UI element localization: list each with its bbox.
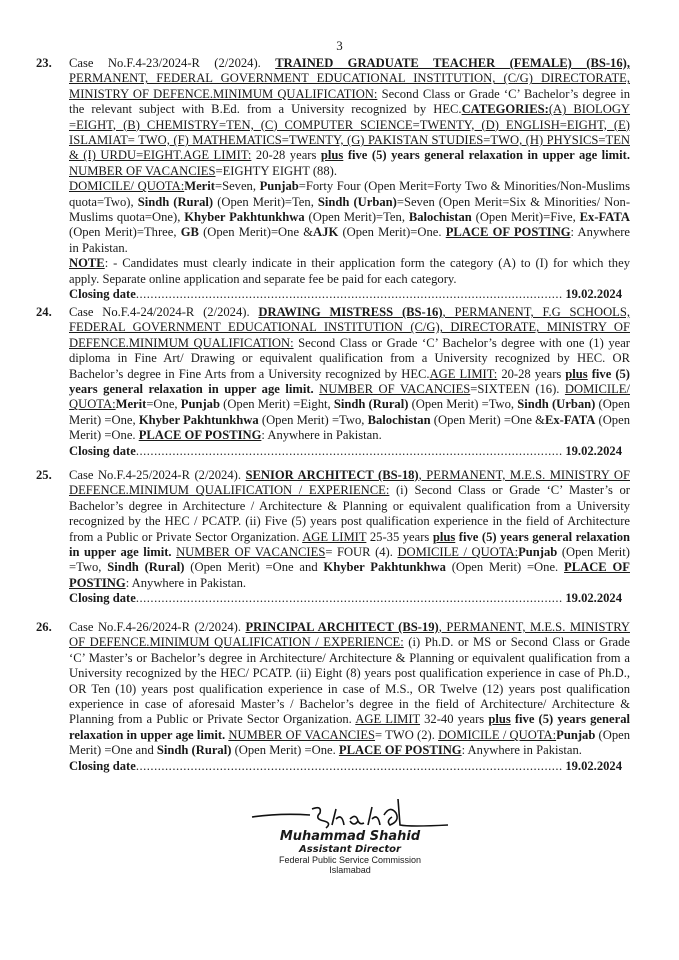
posting-label: PLACE OF POSTING	[446, 225, 571, 239]
closing-date-row: Closing date 19.02.2024	[69, 444, 630, 459]
closing-date-value: 19.02.2024	[565, 287, 622, 302]
signature-block: Muhammad Shahid Assistant Director Feder…	[240, 795, 460, 875]
quota-region: GB	[181, 225, 199, 239]
age-label: AGE LIMIT:	[430, 367, 498, 381]
leader-dots	[136, 591, 564, 606]
closing-date-label: Closing date	[69, 759, 136, 774]
closing-date-value: 19.02.2024	[565, 444, 622, 459]
signatory-city: Islamabad	[240, 865, 460, 875]
plus-label: plus	[565, 367, 587, 381]
quota-detail: (Open Merit)=Five,	[472, 210, 580, 224]
post-title: SENIOR ARCHITECT (BS-18)	[245, 468, 418, 482]
quota-region: Sindh (Rural)	[157, 743, 232, 757]
plus-label: plus	[321, 148, 343, 162]
signatory-organization: Federal Public Service Commission	[240, 855, 460, 865]
vacancies-label: NUMBER OF VACANCIES	[176, 545, 325, 559]
quota-region: Sindh (Rural)	[107, 560, 184, 574]
item-body: Case No.F.4-24/2024-R (2/2024). DRAWING …	[69, 305, 630, 459]
quota-region: Merit	[184, 179, 215, 193]
page-number: 3	[0, 38, 679, 54]
age-limit: 20-28 years	[497, 367, 565, 381]
quota-region: Punjab	[181, 397, 220, 411]
quota-region: Sindh (Rural)	[334, 397, 409, 411]
item-number: 24.	[36, 305, 52, 320]
post-title: PRINCIPAL ARCHITECT (BS-19)	[245, 620, 438, 634]
posting-value: : Anywhere in Pakistan.	[462, 743, 582, 757]
posting-value: : Anywhere in Pakistan.	[126, 576, 246, 590]
vacancies-label: NUMBER OF VACANCIES	[228, 728, 375, 742]
note-text: : - Candidates must clearly indicate in …	[69, 256, 630, 285]
quota-detail: (Open Merit) =One and	[184, 560, 323, 574]
quota-region: Khyber Pakhtunkhwa	[184, 210, 305, 224]
quota-region: Sindh (Urban)	[318, 195, 397, 209]
quota-detail: (Open Merit) =Two,	[408, 397, 517, 411]
categories-label: CATEGORIES:	[462, 102, 549, 116]
quota-detail: =Seven,	[215, 179, 260, 193]
quota-detail: (Open Merit)=One &	[199, 225, 313, 239]
leader-dots	[136, 287, 564, 302]
plus-label: plus	[488, 712, 510, 726]
post-title: DRAWING MISTRESS (BS-16)	[258, 305, 442, 319]
quota-detail: (Open Merit) =One.	[231, 743, 338, 757]
age-label: AGE LIMIT	[355, 712, 420, 726]
quota-region: Sindh (Rural)	[138, 195, 213, 209]
vacancies-label: NUMBER OF VACANCIES	[319, 382, 470, 396]
quota-region: Ex-FATA	[545, 413, 595, 427]
item-number: 26.	[36, 620, 52, 635]
quota-region: Sindh (Urban)	[517, 397, 595, 411]
closing-date-row: Closing date 19.02.2024	[69, 287, 630, 302]
posting-label: PLACE OF POSTING	[339, 743, 462, 757]
case-number: Case No.F.4-23/2024-R (2/2024).	[69, 56, 275, 70]
age-limit: 25-35 years	[366, 530, 433, 544]
quota-region: Ex-FATA	[580, 210, 630, 224]
age-limit: 20-28 years	[251, 148, 320, 162]
closing-date-label: Closing date	[69, 444, 136, 459]
closing-date-label: Closing date	[69, 591, 136, 606]
quota-region: Punjab	[556, 728, 595, 742]
quota-detail: (Open Merit)=Ten,	[213, 195, 318, 209]
item-number: 25.	[36, 468, 52, 483]
plus-label: plus	[433, 530, 455, 544]
closing-date-row: Closing date 19.02.2024	[69, 759, 630, 774]
quota-detail: (Open Merit) =One &	[431, 413, 545, 427]
quota-region: Khyber Pakhtunkhwa	[139, 413, 259, 427]
item-number: 23.	[36, 56, 52, 71]
domicile-label: DOMICILE / QUOTA:	[397, 545, 518, 559]
domicile-label: DOMICILE/ QUOTA:	[69, 179, 184, 193]
quota-detail: (Open Merit) =Eight,	[220, 397, 334, 411]
leader-dots	[136, 444, 564, 459]
quota-detail: (Open Merit) =Two,	[259, 413, 368, 427]
case-number: Case No.F.4-24/2024-R (2/2024).	[69, 305, 258, 319]
leader-dots	[136, 759, 564, 774]
quota-region: Balochistan	[409, 210, 472, 224]
document-page: 3 23. Case No.F.4-23/2024-R (2/2024). TR…	[0, 0, 679, 960]
quota-detail: (Open Merit) =One.	[446, 560, 564, 574]
closing-date-value: 19.02.2024	[565, 759, 622, 774]
relaxation: five (5) years general relaxation in upp…	[343, 148, 630, 162]
vacancies-value: = TWO (2).	[375, 728, 438, 742]
signatory-name: Muhammad Shahid	[240, 829, 460, 844]
post-title: TRAINED GRADUATE TEACHER (FEMALE) (BS-16…	[275, 56, 630, 70]
domicile-label: DOMICILE / QUOTA:	[438, 728, 556, 742]
quota-region: Punjab	[260, 179, 299, 193]
signatory-title: Assistant Director	[240, 844, 460, 855]
quota-region: Punjab	[518, 545, 557, 559]
quota-detail: =One,	[146, 397, 180, 411]
note-label: NOTE	[69, 256, 105, 270]
item-body: Case No.F.4-26/2024-R (2/2024). PRINCIPA…	[69, 620, 630, 774]
vacancies-value: = FOUR (4).	[325, 545, 397, 559]
closing-date-label: Closing date	[69, 287, 136, 302]
signature-scribble-icon	[250, 795, 450, 833]
quota-region: Khyber Pakhtunkhwa	[323, 560, 445, 574]
advertisement-item-26: 26. Case No.F.4-26/2024-R (2/2024). PRIN…	[36, 620, 630, 774]
quota-region: Balochistan	[368, 413, 431, 427]
posting-value: : Anywhere in Pakistan.	[261, 428, 381, 442]
advertisement-item-23: 23. Case No.F.4-23/2024-R (2/2024). TRAI…	[36, 56, 630, 303]
vacancies-value: =EIGHTY EIGHT (88).	[216, 164, 337, 178]
advertisement-item-25: 25. Case No.F.4-25/2024-R (2/2024). SENI…	[36, 468, 630, 607]
age-limit: 32-40 years	[420, 712, 488, 726]
closing-date-row: Closing date 19.02.2024	[69, 591, 630, 606]
item-body: Case No.F.4-23/2024-R (2/2024). TRAINED …	[69, 56, 630, 303]
quota-detail: (Open Merit)=One.	[338, 225, 446, 239]
item-body: Case No.F.4-25/2024-R (2/2024). SENIOR A…	[69, 468, 630, 607]
quota-detail: (Open Merit)=Three,	[69, 225, 181, 239]
posting-label: PLACE OF POSTING	[139, 428, 262, 442]
case-number: Case No.F.4-26/2024-R (2/2024).	[69, 620, 245, 634]
quota-region: Merit	[116, 397, 147, 411]
quota-detail: (Open Merit)=Ten,	[305, 210, 409, 224]
vacancies-value: =SIXTEEN (16).	[470, 382, 559, 396]
quota-region: AJK	[313, 225, 338, 239]
vacancies-label: NUMBER OF VACANCIES	[69, 164, 216, 178]
age-label: AGE LIMIT	[302, 530, 366, 544]
case-number: Case No.F.4-25/2024-R (2/2024).	[69, 468, 245, 482]
closing-date-value: 19.02.2024	[565, 591, 622, 606]
advertisement-item-24: 24. Case No.F.4-24/2024-R (2/2024). DRAW…	[36, 305, 630, 459]
